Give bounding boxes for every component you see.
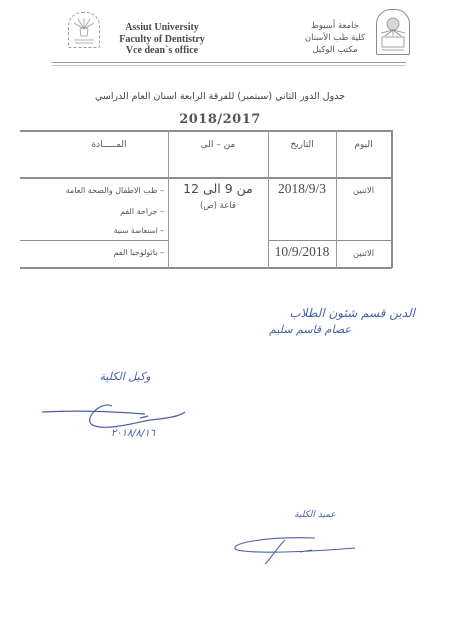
faculty-logo-icon bbox=[68, 12, 100, 48]
date-row-divider bbox=[268, 240, 392, 241]
dean-signature-icon bbox=[225, 530, 365, 566]
header-date: التاريخ bbox=[268, 140, 336, 150]
col-divider-date bbox=[336, 130, 337, 268]
arabic-letterhead: جامعة أسيوط كلية طب الأسنان مكتب الوكيل bbox=[300, 20, 370, 56]
row1-subject-3: – استعاضة سنية bbox=[114, 226, 164, 235]
vice-dean-date: ٢٠١٨/٨/١٦ bbox=[88, 428, 178, 439]
office-name-en: Vce dean`s office bbox=[117, 45, 207, 57]
exam-schedule-table: اليوم التاريخ من – الى المـــــادة الاثن… bbox=[20, 130, 392, 268]
letterhead-divider bbox=[52, 62, 406, 66]
university-logo-icon bbox=[376, 9, 410, 55]
header-subject: المـــــادة bbox=[50, 140, 168, 150]
english-letterhead: Assiut University Faculty of Dentistry V… bbox=[117, 22, 207, 57]
faculty-name-ar: كلية طب الأسنان bbox=[300, 32, 370, 44]
office-name-ar: مكتب الوكيل bbox=[300, 44, 370, 56]
header-day: اليوم bbox=[336, 140, 391, 150]
exam-time: من 9 الى 12 bbox=[168, 181, 268, 196]
row2-subject-1: – باثولوجيا الفم bbox=[113, 248, 164, 257]
row1-day: الاثنين bbox=[336, 186, 391, 196]
academic-year: 2018/2017 bbox=[70, 112, 370, 127]
row1-date: 2018/9/3 bbox=[268, 181, 336, 197]
dean-label: عميد الكلية bbox=[275, 510, 355, 520]
vice-dean-label: وكيل الكلية bbox=[95, 370, 155, 383]
vice-dean-signature-icon bbox=[40, 400, 190, 430]
row2-date: 10/9/2018 bbox=[268, 244, 336, 260]
exam-room: قاعة (ص) bbox=[168, 201, 268, 211]
table-right-border bbox=[391, 130, 393, 268]
document-title: جدول الدور الثاني (سبتمبر) للفرقة الرابع… bbox=[70, 91, 370, 102]
row1-subject-1: – طب الاطفال والصحة العامة bbox=[66, 186, 164, 195]
col-divider-subject bbox=[168, 130, 169, 268]
header-time: من – الى bbox=[168, 140, 268, 150]
handwritten-note-line2: عصام قاسم سليم bbox=[250, 323, 370, 336]
subject-row-divider bbox=[20, 240, 168, 241]
handwritten-note-line1: الدين قسم شئون الطلاب bbox=[225, 306, 415, 320]
faculty-name-en: Faculty of Dentistry bbox=[117, 34, 207, 46]
university-name-ar: جامعة أسيوط bbox=[300, 20, 370, 32]
university-name-en: Assiut University bbox=[117, 22, 207, 34]
row1-subject-2: – جراحة الفم bbox=[120, 207, 164, 216]
row2-day: الاثنين bbox=[336, 249, 391, 259]
